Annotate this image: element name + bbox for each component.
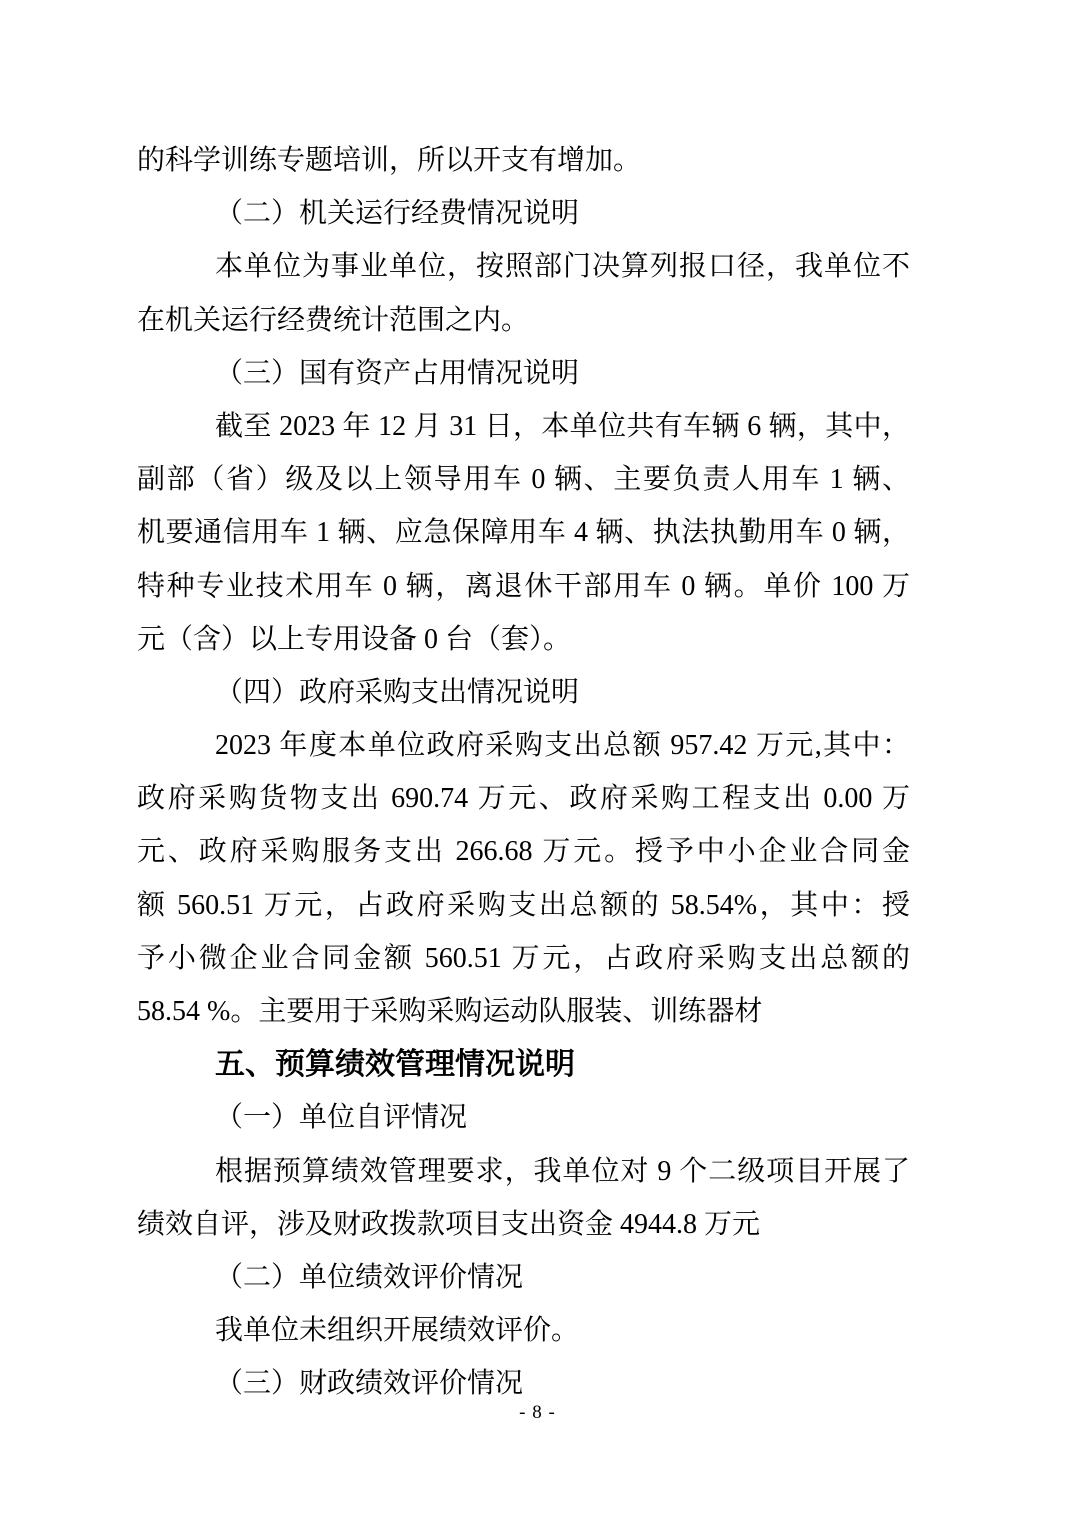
paragraph-line-unit-type-cont: 在机关运行经费统计范围之内。 (137, 294, 910, 347)
paragraph-line-equipment: 元（含）以上专用设备 0 台（套）。 (137, 613, 910, 666)
paragraph-line-micro-enterprise: 予小微企业合同金额 560.51 万元，占政府采购支出总额的 (137, 932, 910, 985)
document-page: 的科学训练专题培训，所以开支有增加。 （二）机关运行经费情况说明 本单位为事业单… (0, 0, 1075, 1520)
paragraph-line-unit-type: 本单位为事业单位，按照部门决算列报口径，我单位不 (137, 240, 910, 293)
document-body: 的科学训练专题培训，所以开支有增加。 （二）机关运行经费情况说明 本单位为事业单… (137, 134, 910, 1411)
heading-agency-operating-funds: （二）机关运行经费情况说明 (137, 187, 910, 240)
paragraph-line-vehicles-special: 特种专业技术用车 0 辆，离退休干部用车 0 辆。单价 100 万 (137, 560, 910, 613)
paragraph-line-vehicles-leaders: 副部（省）级及以上领导用车 0 辆、主要负责人用车 1 辆、 (137, 453, 910, 506)
section-heading-budget-performance: 五、预算绩效管理情况说明 (137, 1038, 910, 1091)
page-number: - 8 - (0, 1400, 1075, 1426)
paragraph-line-sme-contracts: 额 560.51 万元，占政府采购支出总额的 58.54%，其中：授 (137, 879, 910, 932)
paragraph-line-no-evaluation: 我单位未组织开展绩效评价。 (137, 1304, 910, 1357)
heading-gov-procurement: （四）政府采购支出情况说明 (137, 666, 910, 719)
heading-self-evaluation: （一）单位自评情况 (137, 1091, 910, 1144)
paragraph-line-procurement-total: 2023 年度本单位政府采购支出总额 957.42 万元,其中： (137, 719, 910, 772)
paragraph-line-procurement-services: 元、政府采购服务支出 266.68 万元。授予中小企业合同金 (137, 825, 910, 878)
paragraph-line-training-expense: 的科学训练专题培训，所以开支有增加。 (137, 134, 910, 187)
paragraph-line-procurement-goods: 政府采购货物支出 690.74 万元、政府采购工程支出 0.00 万 (137, 772, 910, 825)
paragraph-line-vehicles-total: 截至 2023 年 12 月 31 日，本单位共有车辆 6 辆，其中， (137, 400, 910, 453)
paragraph-line-self-evaluation-cont: 绩效自评，涉及财政拨款项目支出资金 4944.8 万元 (137, 1198, 910, 1251)
paragraph-line-self-evaluation: 根据预算绩效管理要求，我单位对 9 个二级项目开展了 (137, 1145, 910, 1198)
paragraph-line-procurement-usage: 58.54 %。主要用于采购采购运动队服装、训练器材 (137, 985, 910, 1038)
paragraph-line-vehicles-categories: 机要通信用车 1 辆、应急保障用车 4 辆、执法执勤用车 0 辆， (137, 506, 910, 559)
heading-unit-performance-evaluation: （二）单位绩效评价情况 (137, 1251, 910, 1304)
heading-state-assets-occupancy: （三）国有资产占用情况说明 (137, 347, 910, 400)
